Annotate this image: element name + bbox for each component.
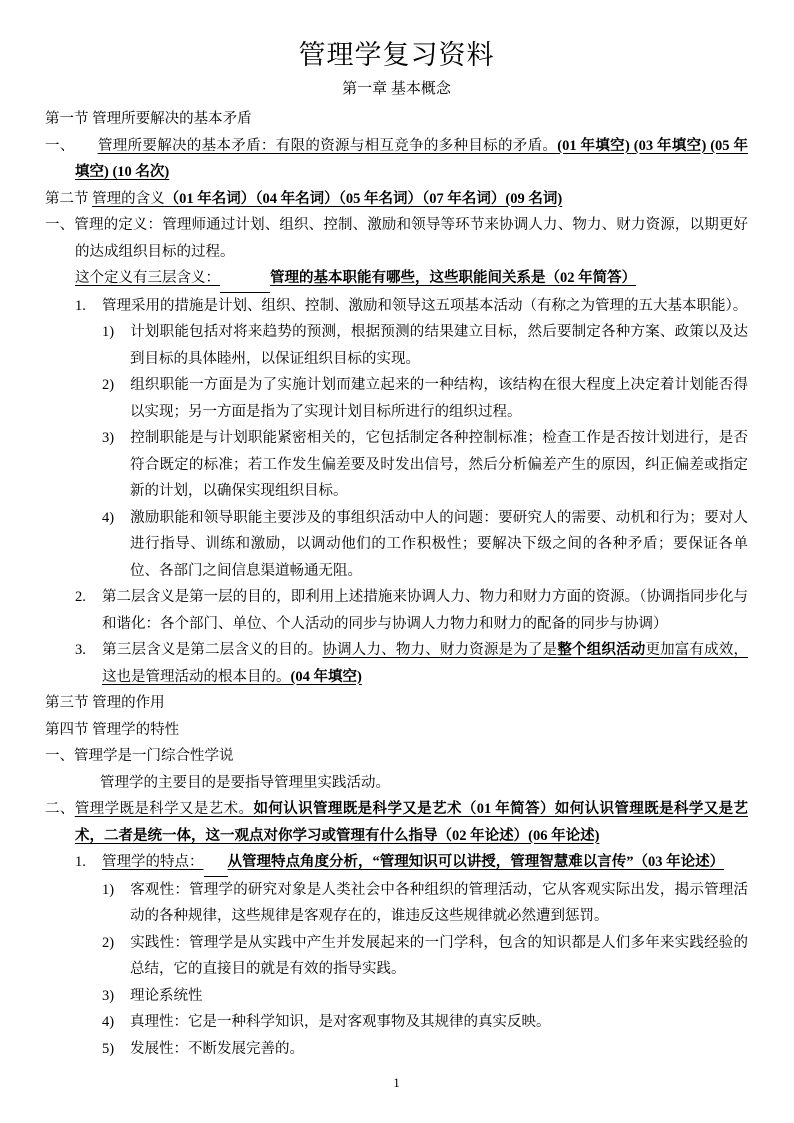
text-segment: 第四节 管理学的特性 [45, 722, 179, 738]
list-item: 4)真理性：它是一种科学知识，是对客观事物及其规律的真实反映。 [45, 1009, 748, 1036]
text-segment: 管理学复习资料 [299, 40, 495, 70]
section-heading: 第二节 管理的含义（01 年名词）（04 年名词）（05 年名词）（07 年名词… [45, 186, 748, 213]
text-segment: 管理学的主要目的是要指导管理里实践活动。 [100, 775, 390, 791]
paragraph: 管理学的主要目的是要指导管理里实践活动。 [45, 770, 748, 797]
doc-title: 管理学复习资料 [45, 38, 748, 72]
list-marker: 3. [75, 637, 102, 664]
paragraph: 一、管理的定义：管理师通过计划、组织、控制、激励和领导等环节来协调人力、物力、财… [45, 212, 748, 265]
text-segment: 管理的基本职能有哪些，这些职能间关系是（02 年简答） [270, 270, 636, 286]
text-segment: 第二层含义是第一层的目的，即利用上述措施来协调人力、物力和财力方面的资源。（协调… [102, 589, 748, 632]
page-number: 1 [45, 1074, 748, 1092]
paragraph: 一、 管理所要解决的基本矛盾：有限的资源与相互竞争的多种目标的矛盾。(01 年填… [45, 133, 748, 186]
tab-spacer [204, 849, 228, 877]
list-marker: 2. [75, 584, 102, 611]
text-segment: 实践性：管理学是从实践中产生并发展起来的一门学科，包含的知识都是人们多年来实践经… [130, 935, 748, 978]
section-heading: 第三节 管理的作用 [45, 690, 748, 717]
text-segment: 真理性：它是一种科学知识，是对客观事物及其规律的真实反映。 [130, 1014, 551, 1030]
text-segment: 第三节 管理的作用 [45, 695, 165, 711]
paragraph: 这个定义有三层含义： 管理的基本职能有哪些，这些职能间关系是（02 年简答） [45, 265, 748, 293]
paragraph: 二、管理学既是科学又是艺术。如何认识管理既是科学又是艺术（01 年简答）如何认识… [45, 796, 748, 849]
section-heading: 第四节 管理学的特性 [45, 717, 748, 744]
list-item: 2.第二层含义是第一层的目的，即利用上述措施来协调人力、物力和财力方面的资源。（… [45, 584, 748, 637]
text-segment: 从管理特点角度分析，“管理知识可以讲授，管理智慧难以言传”（03 年论述） [228, 854, 725, 870]
text-segment: 第一章 基本概念 [342, 81, 451, 97]
text-segment: 1 [393, 1075, 400, 1090]
list-marker: 1. [75, 293, 102, 320]
tab-spacer [75, 133, 98, 160]
list-marker: 3) [102, 425, 130, 452]
list-item: 1.管理采用的措施是计划、组织、控制、激励和领导这五项基本活动（有称之为管理的五… [45, 293, 748, 320]
list-marker: 3) [102, 983, 130, 1010]
list-item: 2)组织职能一方面是为了实施计划而建立起来的一种结构，该结构在很大程度上决定着计… [45, 372, 748, 425]
text-segment: 协调人力、物力、财力资源是为了是 [322, 642, 557, 658]
text-segment: (04 年填空) [291, 669, 362, 685]
list-marker: 2) [102, 930, 130, 957]
text-segment: 第一节 管理所要解决的基本矛盾 [45, 111, 252, 127]
tab-spacer [220, 265, 270, 293]
text-segment: 这个定义有三层含义： [75, 270, 220, 286]
list-item: 4)激励职能和领导职能主要涉及的事组织活动中人的问题：要研究人的需要、动机和行为… [45, 505, 748, 585]
list-marker: 4) [102, 505, 130, 532]
text-segment: 一、管理的定义：管理师通过计划、组织、控制、激励和领导等环节来协调人力、物力、财… [45, 217, 748, 260]
text-segment: 激励职能和领导职能主要涉及的事组织活动中人的问题：要研究人的需要、动机和行为；要… [130, 510, 748, 579]
list-marker: 4) [102, 1009, 130, 1036]
text-segment: 管理学既是科学又是艺术。 [75, 801, 254, 817]
text-segment: 第三层含义是第二层含义的目的。 [102, 642, 322, 658]
text-segment: 组织职能一方面是为了实施计划而建立起来的一种结构，该结构在很大程度上决定着计划能… [130, 377, 748, 420]
list-item: 1)客观性：管理学的研究对象是人类社会中各种组织的管理活动，它从客观实际出发，揭… [45, 877, 748, 930]
text-segment: 一、 [45, 138, 75, 154]
text-segment: 第二节 [45, 191, 92, 207]
list-marker: 5) [102, 1036, 130, 1063]
text-segment: 管理采用的措施是计划、组织、控制、激励和领导这五项基本活动（有称之为管理的五大基… [102, 298, 747, 314]
text-segment: 一、管理学是一门综合性学说 [45, 748, 234, 764]
text-segment: 二、 [45, 801, 75, 817]
list-marker: 2) [102, 372, 130, 399]
list-item: 3)控制职能是与计划职能紧密相关的，它包括制定各种控制标准；检查工作是否按计划进… [45, 425, 748, 505]
list-item: 5)发展性：不断发展完善的。 [45, 1036, 748, 1063]
text-segment: 控制职能是与计划职能紧密相关的，它包括制定各种控制标准；检查工作是否按计划进行，… [130, 430, 748, 499]
list-item: 3.第三层含义是第二层含义的目的。协调人力、物力、财力资源是为了是整个组织活动更… [45, 637, 748, 690]
list-item: 1)计划职能包括对将来趋势的预测，根据预测的结果建立目标，然后要制定各种方案、政… [45, 319, 748, 372]
text-segment: 整个组织活动 [557, 642, 645, 658]
list-marker: 1. [75, 849, 102, 876]
text-segment: 发展性：不断发展完善的。 [130, 1041, 304, 1057]
list-marker: 1) [102, 319, 130, 346]
text-segment: 计划职能包括对将来趋势的预测，根据预测的结果建立目标，然后要制定各种方案、政策以… [130, 324, 748, 367]
text-segment: 客观性：管理学的研究对象是人类社会中各种组织的管理活动，它从客观实际出发，揭示管… [130, 882, 748, 925]
text-segment: （01 年名词）（04 年名词）（05 年名词）（07 年名词）(09 名词) [165, 191, 563, 207]
text-segment: 管理的含义 [92, 191, 165, 207]
text-segment: 管理学的特点： [102, 854, 204, 870]
paragraph: 一、管理学是一门综合性学说 [45, 743, 748, 770]
text-segment: 管理所要解决的基本矛盾：有限的资源与相互竞争的多种目标的矛盾。 [98, 138, 558, 154]
chapter-heading: 第一章 基本概念 [45, 78, 748, 100]
list-item: 2)实践性：管理学是从实践中产生并发展起来的一门学科，包含的知识都是人们多年来实… [45, 930, 748, 983]
list-marker: 1) [102, 877, 130, 904]
list-item: 1.管理学的特点： 从管理特点角度分析，“管理知识可以讲授，管理智慧难以言传”（… [45, 849, 748, 877]
document-page: 管理学复习资料第一章 基本概念第一节 管理所要解决的基本矛盾一、 管理所要解决的… [0, 0, 794, 1123]
text-segment: 理论系统性 [130, 988, 203, 1004]
list-item: 3)理论系统性 [45, 983, 748, 1010]
section-heading: 第一节 管理所要解决的基本矛盾 [45, 106, 748, 133]
